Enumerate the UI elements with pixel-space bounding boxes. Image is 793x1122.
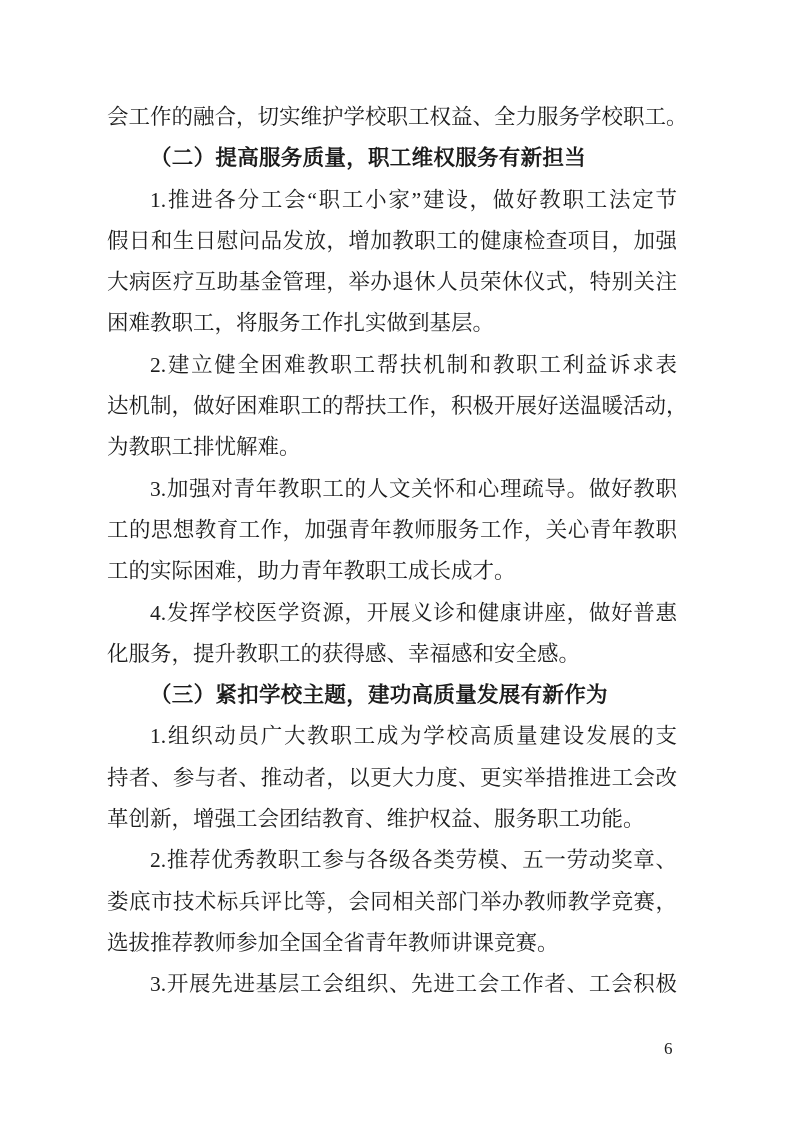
- body-line: 娄底市技术标兵评比等，会同相关部门举办教师教学竞赛，: [107, 882, 677, 923]
- body-line: 4.发挥学校医学资源，开展义诊和健康讲座，做好普惠: [107, 593, 677, 634]
- body-line: 为教职工排忧解难。: [107, 427, 677, 468]
- body-line: 选拔推荐教师参加全国全省青年教师讲课竞赛。: [107, 923, 677, 964]
- section-heading: （二）提高服务质量，职工维权服务有新担当: [107, 138, 677, 179]
- page-number: 6: [664, 1040, 673, 1057]
- section-heading: （三）紧扣学校主题，建功高质量发展有新作为: [107, 675, 677, 716]
- body-line: 持者、参与者、推动者，以更大力度、更实举措推进工会改: [107, 758, 677, 799]
- body-line: 3.开展先进基层工会组织、先进工会工作者、工会积极: [107, 964, 677, 1005]
- body-line: 2.推荐优秀教职工参与各级各类劳模、五一劳动奖章、: [107, 840, 677, 881]
- body-line: 3.加强对青年教职工的人文关怀和心理疏导。做好教职: [107, 469, 677, 510]
- body-line: 假日和生日慰问品发放，增加教职工的健康检查项目，加强: [107, 221, 677, 262]
- body-line: 会工作的融合，切实维护学校职工权益、全力服务学校职工。: [107, 97, 677, 138]
- body-line: 化服务，提升教职工的获得感、幸福感和安全感。: [107, 634, 677, 675]
- document-page: 会工作的融合，切实维护学校职工权益、全力服务学校职工。 （二）提高服务质量，职工…: [0, 0, 793, 1122]
- body-line: 困难教职工，将服务工作扎实做到基层。: [107, 303, 677, 344]
- body-line: 大病医疗互助基金管理，举办退休人员荣休仪式，特别关注: [107, 262, 677, 303]
- body-line: 工的实际困难，助力青年教职工成长成才。: [107, 551, 677, 592]
- body-line: 工的思想教育工作，加强青年教师服务工作，关心青年教职: [107, 510, 677, 551]
- document-body: 会工作的融合，切实维护学校职工权益、全力服务学校职工。 （二）提高服务质量，职工…: [107, 97, 677, 1006]
- body-line: 2.建立健全困难教职工帮扶机制和教职工利益诉求表: [107, 345, 677, 386]
- body-line: 1.组织动员广大教职工成为学校高质量建设发展的支: [107, 716, 677, 757]
- body-line: 革创新，增强工会团结教育、维护权益、服务职工功能。: [107, 799, 677, 840]
- body-line: 达机制，做好困难职工的帮扶工作，积极开展好送温暖活动，: [107, 386, 677, 427]
- body-line: 1.推进各分工会“职工小家”建设，做好教职工法定节: [107, 180, 677, 221]
